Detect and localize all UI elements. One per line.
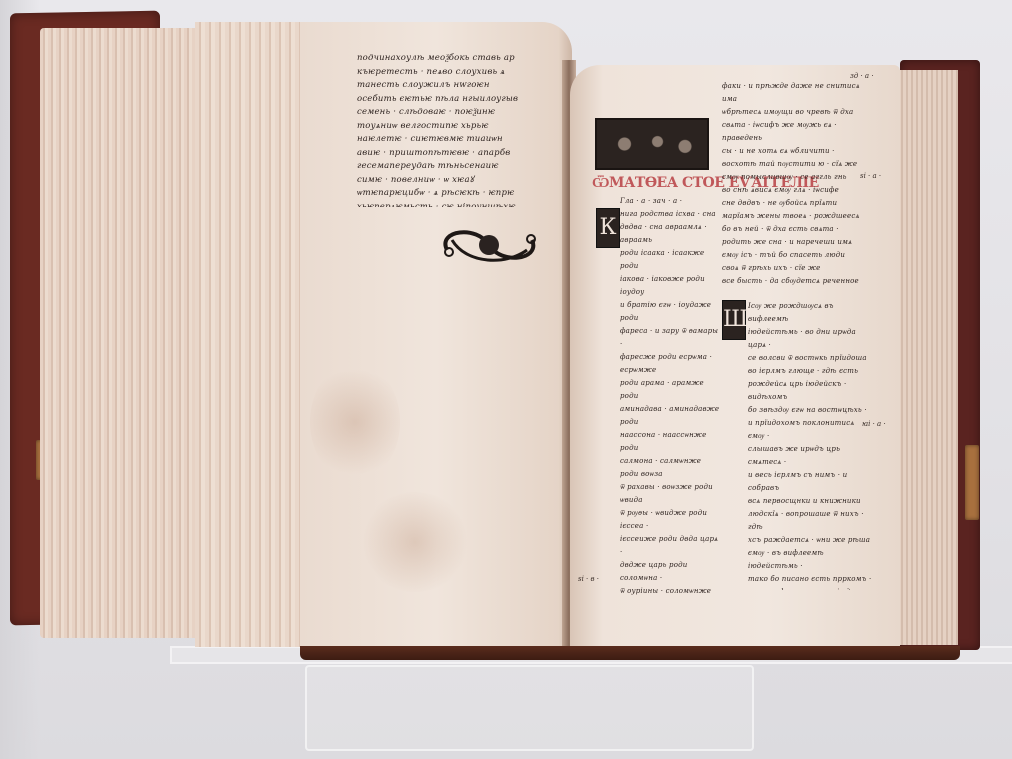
right-page-paragraph-2: Ісѹ же рождшѹсѧ въ вифлеемѣ іюдейстѣмь ·… [748, 300, 873, 590]
margin-note: ѕі · а · [860, 172, 881, 180]
dropcap-sh: Ш [722, 300, 746, 340]
dropcap-k: К [596, 208, 620, 248]
folio-number: зд · а · [850, 72, 874, 80]
margin-note: ѕі · в · [578, 575, 599, 583]
left-page-text: подчинахоулѣ меоѯбокь ставь ар къѥретест… [357, 52, 547, 207]
floral-headpiece-icon [595, 118, 709, 170]
book-bottom-edge [300, 646, 960, 660]
page-block-middle [195, 22, 315, 647]
page-block-right [893, 70, 958, 645]
margin-note: ꙗі · а · [862, 420, 886, 428]
right-page-column-2: факи · и прѣжде даже не снитисѧ има ѡбрѣ… [722, 80, 872, 290]
stain [310, 362, 400, 482]
knot-ornament-icon [437, 220, 542, 270]
right-page-column-1: Гла · а · зач · а · нига родства ісхва ·… [620, 195, 720, 595]
acrylic-stand-front [305, 665, 754, 751]
clasp-right-bottom [965, 445, 979, 520]
page-block-left [40, 28, 200, 638]
stain [360, 492, 470, 592]
